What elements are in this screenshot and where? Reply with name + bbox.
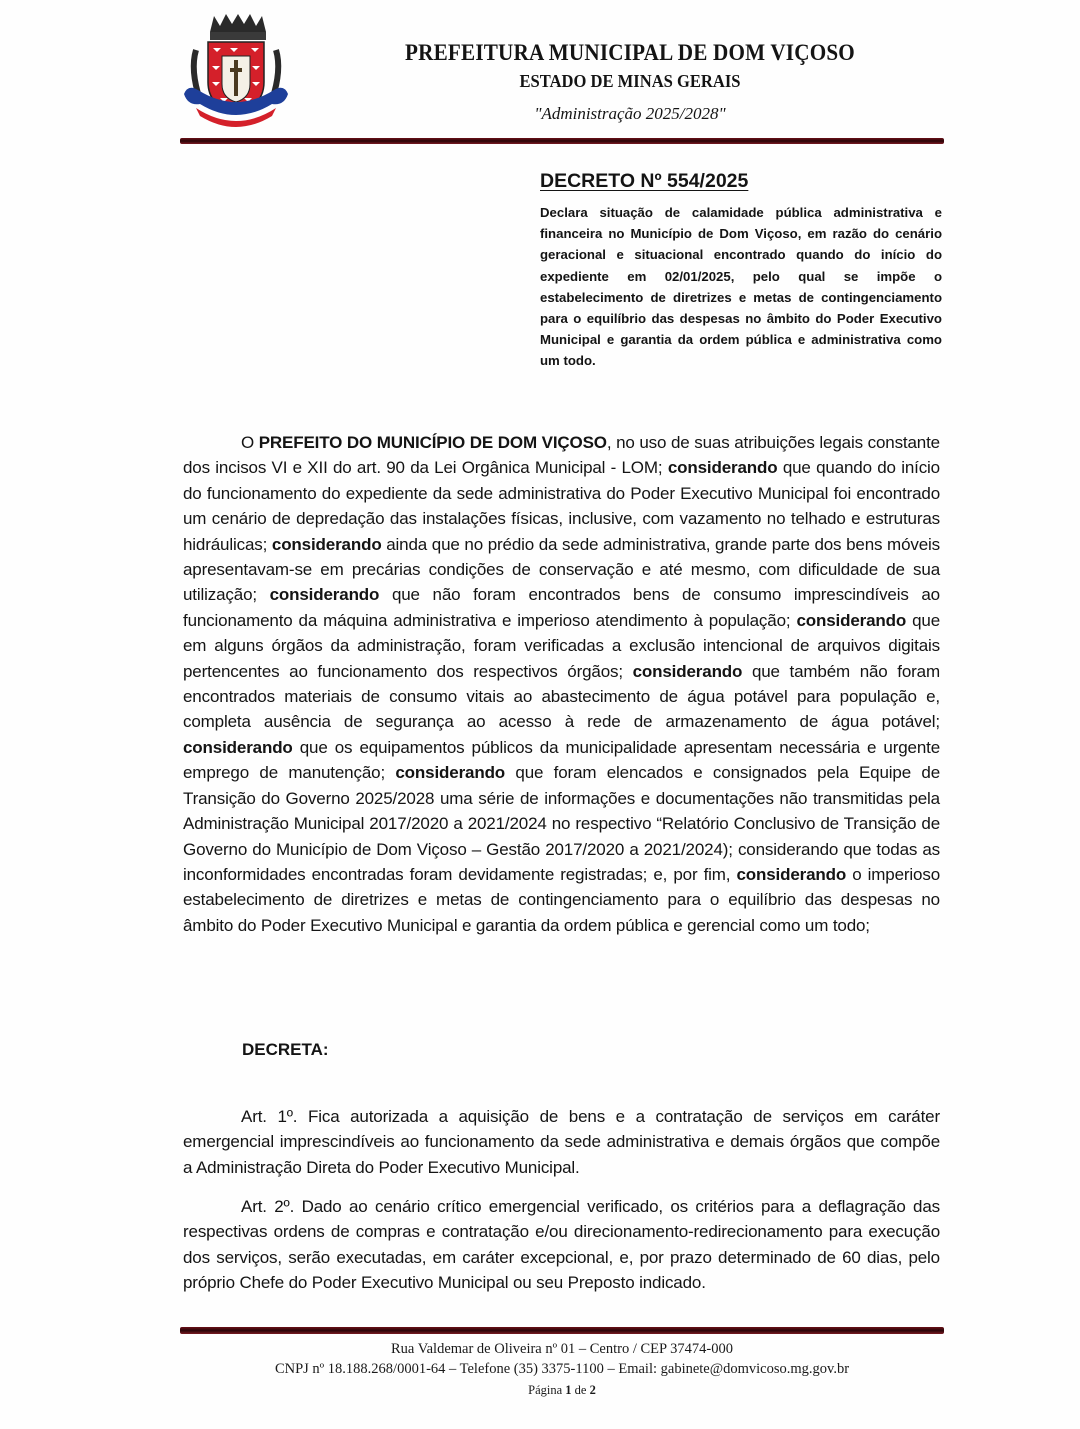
footer-address: Rua Valdemar de Oliveira nº 01 – Centro … [180, 1341, 944, 1358]
footer-divider [180, 1327, 944, 1334]
state-name: ESTADO DE MINAS GERAIS [400, 71, 860, 92]
decreta-heading: DECRETA: [242, 1040, 329, 1060]
decree-summary: Declara situação de calamidade pública a… [540, 202, 942, 372]
document-page: PREFEITURA MUNICIPAL DE DOM VIÇOSO ESTAD… [0, 0, 1080, 1429]
coat-of-arms-icon [180, 10, 292, 132]
article-2: Art. 2º. Dado ao cenário crítico emergen… [183, 1194, 940, 1296]
header-divider [180, 138, 944, 144]
administration-term: "Administração 2025/2028" [380, 104, 880, 124]
municipality-title: PREFEITURA MUNICIPAL DE DOM VIÇOSO [400, 40, 860, 66]
decree-title: DECRETO Nº 554/2025 [540, 170, 748, 193]
page-number: Página 1 de 2 [180, 1383, 944, 1398]
footer-contact: CNPJ nº 18.188.268/0001-64 – Telefone (3… [180, 1361, 944, 1378]
article-1: Art. 1º. Fica autorizada a aquisição de … [183, 1104, 940, 1180]
preamble-paragraph: O PREFEITO DO MUNICÍPIO DE DOM VIÇOSO, n… [183, 430, 940, 938]
